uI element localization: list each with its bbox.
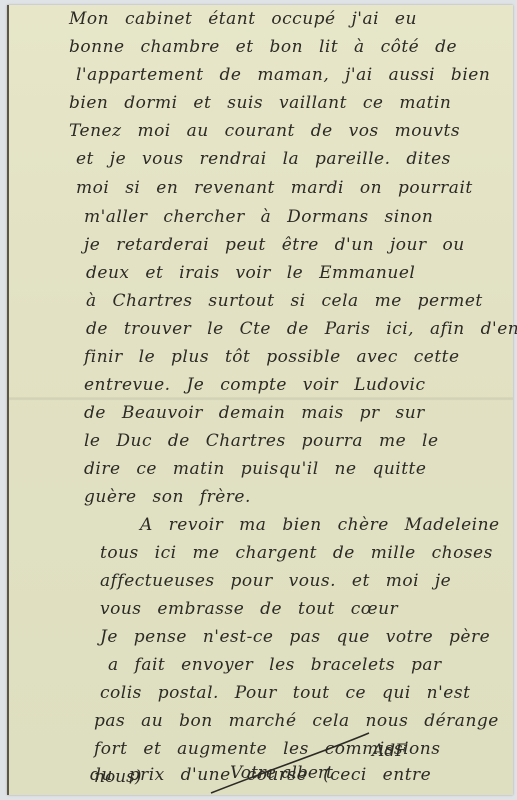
letter-page: Mon cabinet étant occupé j'ai eubonne ch… bbox=[7, 5, 513, 795]
letter-line: à Chartres surtout si cela me permet bbox=[86, 291, 483, 311]
letter-line: A revoir ma bien chère Madeleine bbox=[140, 515, 500, 535]
letter-line: colis postal. Pour tout ce qui n'est bbox=[100, 683, 470, 703]
letter-line: bien dormi et suis vaillant ce matin bbox=[69, 93, 451, 113]
letter-line: m'aller chercher à Dormans sinon bbox=[84, 207, 433, 227]
letter-line: dire ce matin puisqu'il ne quitte bbox=[84, 459, 426, 479]
letter-line: je retarderai peut être d'un jour ou bbox=[84, 235, 465, 255]
letter-line: de Beauvoir demain mais pr sur bbox=[84, 403, 425, 423]
letter-line: de trouver le Cte de Paris ici, afin d'e… bbox=[86, 319, 517, 339]
letter-line: finir le plus tôt possible avec cette bbox=[84, 347, 460, 367]
letter-line: affectueuses pour vous. et moi je bbox=[100, 571, 451, 591]
letter-line: Mon cabinet étant occupé j'ai eu bbox=[69, 9, 417, 29]
letter-line: guère son frère. bbox=[84, 487, 251, 507]
closing-text: nous) bbox=[94, 767, 142, 787]
letter-line: deux et irais voir le Emmanuel bbox=[86, 263, 415, 283]
signature-flourish-icon bbox=[209, 725, 409, 795]
letter-line: a fait envoyer les bracelets par bbox=[108, 655, 442, 675]
letter-line: moi si en revenant mardi on pourrait bbox=[76, 178, 473, 198]
letter-line: le Duc de Chartres pourra me le bbox=[84, 431, 439, 451]
letter-line: et je vous rendrai la pareille. dites bbox=[76, 149, 451, 169]
letter-body: Mon cabinet étant occupé j'ai eubonne ch… bbox=[9, 5, 513, 795]
letter-line: Je pense n'est-ce pas que votre père bbox=[100, 627, 490, 647]
letter-line: tous ici me chargent de mille choses bbox=[100, 543, 493, 563]
letter-line: vous embrasse de tout cœur bbox=[100, 599, 398, 619]
letter-line: l'appartement de maman, j'ai aussi bien bbox=[76, 65, 490, 85]
letter-line: Tenez moi au courant de vos mouvts bbox=[69, 121, 460, 141]
letter-line: entrevue. Je compte voir Ludovic bbox=[84, 375, 426, 395]
letter-line: bonne chambre et bon lit à côté de bbox=[69, 37, 457, 57]
